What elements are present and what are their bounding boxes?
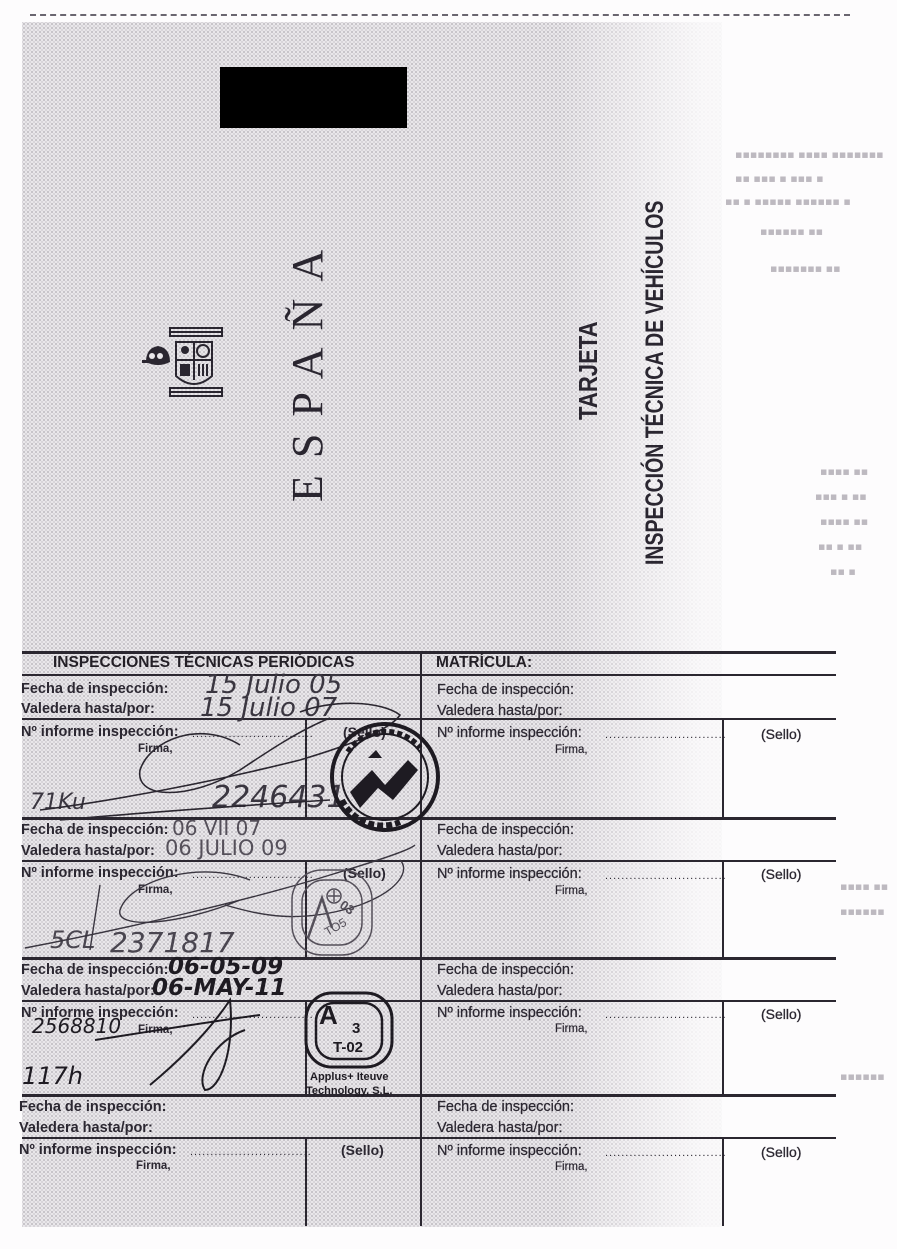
valedera-label: Valedera hasta/por: xyxy=(437,843,562,859)
ghost-text: ▪▪▪▪ ▪▪ xyxy=(820,465,868,478)
informe-dots: .............................. xyxy=(192,728,314,740)
stamp3-caption-1: Applus+ Iteuve xyxy=(310,1071,389,1083)
informe-dots: .............................. xyxy=(192,869,314,881)
valedera-label: Valedera hasta/por: xyxy=(437,703,562,719)
valedera-label: Valedera hasta/por: xyxy=(437,1120,562,1136)
stamp3-code: T-02 xyxy=(333,1039,363,1056)
informe-dots: .............................. xyxy=(605,1009,727,1021)
valedera-value[interactable]: 15 Julio 07 xyxy=(200,693,337,723)
stamp3-caption-2: Technology, S.L. xyxy=(306,1085,392,1097)
ghost-text: ▪▪ ▪▪▪ ▪ ▪▪▪ ▪ xyxy=(735,172,824,185)
note-value: 117h xyxy=(22,1062,83,1090)
informe-label: Nº informe inspección: xyxy=(19,1142,177,1158)
firma-label: Firma, xyxy=(136,1160,171,1172)
ghost-text: ▪▪▪▪▪▪ xyxy=(840,905,885,918)
informe-label: Nº informe inspección: xyxy=(437,725,582,741)
firma-label: Firma, xyxy=(555,1161,588,1173)
sello-label: (Sello) xyxy=(343,865,386,881)
sello-label: (Sello) xyxy=(761,726,801,742)
firma-label: Firma, xyxy=(138,1024,173,1036)
valedera-value[interactable]: 06 JULIO 09 xyxy=(165,836,288,860)
informe-dots: .............................. xyxy=(190,1146,312,1158)
valedera-label: Valedera hasta/por: xyxy=(19,1120,153,1136)
ghost-text: ▪▪▪▪▪▪ xyxy=(840,1070,885,1083)
note-value: 5CL xyxy=(50,926,95,954)
informe-dots: .............................. xyxy=(605,870,727,882)
informe-dots: .............................. xyxy=(605,1147,727,1159)
valedera-label: Valedera hasta/por: xyxy=(21,983,155,999)
ghost-text: ▪▪▪▪ ▪▪ xyxy=(840,880,888,893)
informe-value[interactable]: 2568810 xyxy=(32,1014,121,1038)
stamp3-letter: A xyxy=(319,1000,338,1031)
fecha-label: Fecha de inspección: xyxy=(21,681,168,697)
valedera-label: Valedera hasta/por: xyxy=(437,983,562,999)
right-header: MATRÍCULA: xyxy=(436,654,532,672)
spain-coat-of-arms-icon xyxy=(140,322,232,404)
sello-label: (Sello) xyxy=(341,1142,384,1158)
firma-label: Firma, xyxy=(555,744,588,756)
block-divider xyxy=(22,1094,836,1097)
block-divider xyxy=(22,817,836,820)
ghost-text: ▪▪ ▪ ▪▪ xyxy=(818,540,862,553)
card-title: TARJETA xyxy=(573,321,604,420)
fecha-label: Fecha de inspección: xyxy=(437,822,574,838)
column-divider xyxy=(420,651,422,1226)
informe-label: Nº informe inspección: xyxy=(437,866,582,882)
fecha-label: Fecha de inspección: xyxy=(21,962,168,978)
firma-label: Firma, xyxy=(555,885,588,897)
ghost-text: ▪▪▪▪ ▪▪ xyxy=(820,515,868,528)
ghost-text: ▪▪ ▪ xyxy=(830,565,856,578)
card-subtitle: INSPECCIÓN TÉCNICA DE VEHÍCULOS xyxy=(641,201,670,565)
fecha-label: Fecha de inspección: xyxy=(19,1099,166,1115)
fecha-label: Fecha de inspección: xyxy=(21,822,168,838)
informe-label: Nº informe inspección: xyxy=(21,865,179,881)
redaction-block xyxy=(220,67,407,128)
informe-dots: .............................. xyxy=(192,1009,314,1021)
informe-value[interactable]: 2246431 xyxy=(212,780,346,815)
ghost-text: ▪▪ ▪ ▪▪▪▪▪ ▪▪▪▪▪▪ ▪ xyxy=(725,195,851,208)
ghost-text: ▪▪▪ ▪ ▪▪ xyxy=(815,490,867,503)
sello-label: (Sello) xyxy=(761,1144,801,1160)
valedera-label: Valedera hasta/por: xyxy=(21,701,155,717)
row-divider xyxy=(22,718,836,720)
fecha-label: Fecha de inspección: xyxy=(437,682,574,698)
country-title: ESPAÑA xyxy=(282,233,333,502)
stamp3-number: 3 xyxy=(352,1020,360,1037)
sello-label: (Sello) xyxy=(343,724,386,740)
firma-label: Firma, xyxy=(138,884,173,896)
note-value: 71Ku xyxy=(30,790,86,815)
row-divider xyxy=(22,860,836,862)
perforated-edge xyxy=(30,14,850,16)
sello-label: (Sello) xyxy=(761,1006,801,1022)
ghost-text: ▪▪▪▪▪▪ ▪▪ xyxy=(760,225,823,238)
firma-label: Firma, xyxy=(555,1023,588,1035)
row-divider xyxy=(22,1000,836,1002)
row-divider xyxy=(22,1137,836,1139)
firma-label: Firma, xyxy=(138,743,173,755)
header-divider xyxy=(22,674,836,676)
fecha-label: Fecha de inspección: xyxy=(437,962,574,978)
informe-label: Nº informe inspección: xyxy=(437,1005,582,1021)
valedera-value[interactable]: 06-MAY-11 xyxy=(152,975,286,1001)
informe-dots: .............................. xyxy=(605,729,727,741)
valedera-label: Valedera hasta/por: xyxy=(21,843,155,859)
fecha-label: Fecha de inspección: xyxy=(437,1099,574,1115)
ghost-text: ▪▪▪▪▪▪▪ ▪▪ xyxy=(770,262,841,275)
ghost-text: ▪▪▪▪▪▪▪▪ ▪▪▪▪ ▪▪▪▪▪▪▪ xyxy=(735,148,884,161)
informe-label: Nº informe inspección: xyxy=(21,724,179,740)
sello-label: (Sello) xyxy=(761,866,801,882)
informe-label: Nº informe inspección: xyxy=(437,1143,582,1159)
